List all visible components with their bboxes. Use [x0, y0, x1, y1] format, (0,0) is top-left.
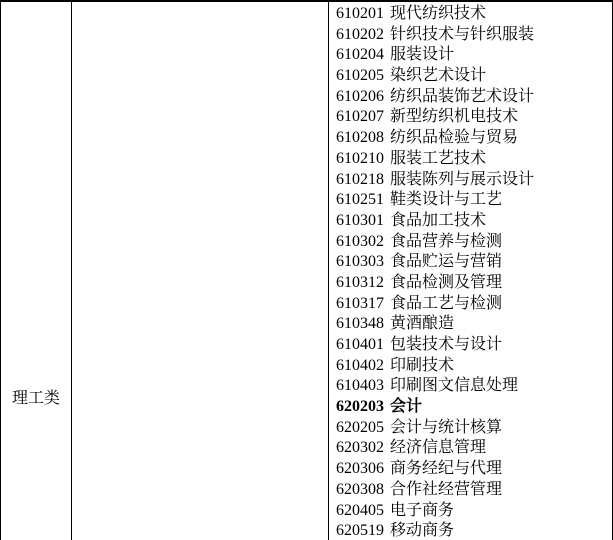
- program-row: 610201现代纺织技术: [336, 4, 612, 25]
- program-row: 610317食品工艺与检测: [336, 294, 612, 315]
- program-row: 610204服装设计: [336, 45, 612, 66]
- program-name: 服装工艺技术: [390, 150, 486, 167]
- program-name: 纺织品装饰艺术设计: [390, 88, 534, 105]
- program-name: 针织技术与针织服装: [390, 26, 534, 43]
- program-table: 理工类 610201现代纺织技术610202针织技术与针织服装610204服装设…: [0, 0, 613, 540]
- program-code: 620308: [336, 481, 384, 498]
- program-code: 610210: [336, 150, 384, 167]
- program-row: 620203会计: [336, 397, 612, 418]
- program-name: 食品工艺与检测: [390, 295, 502, 312]
- program-code: 620203: [336, 398, 384, 415]
- program-code: 610303: [336, 253, 384, 270]
- document-page: 理工类 610201现代纺织技术610202针织技术与针织服装610204服装设…: [0, 0, 613, 540]
- program-row: 610208纺织品检验与贸易: [336, 128, 612, 149]
- program-name: 染织艺术设计: [390, 67, 486, 84]
- program-name: 服装设计: [390, 46, 454, 63]
- program-name: 黄酒酿造: [390, 315, 454, 332]
- program-code: 610317: [336, 295, 384, 312]
- program-row: 610218服装陈列与展示设计: [336, 170, 612, 191]
- program-name: 食品贮运与营销: [390, 253, 502, 270]
- program-code: 610301: [336, 212, 384, 229]
- program-code: 610201: [336, 5, 384, 22]
- program-code: 610205: [336, 67, 384, 84]
- program-name: 商务经纪与代理: [390, 460, 502, 477]
- program-row: 610202针织技术与针织服装: [336, 25, 612, 46]
- program-row: 610207新型纺织机电技术: [336, 107, 612, 128]
- program-code: 620302: [336, 439, 384, 456]
- program-name: 印刷图文信息处理: [390, 377, 518, 394]
- program-row: 610348黄酒酿造: [336, 314, 612, 335]
- program-row: 620405电子商务: [336, 501, 612, 522]
- program-code: 610218: [336, 171, 384, 188]
- empty-column: [72, 2, 329, 540]
- program-code: 610208: [336, 129, 384, 146]
- program-row: 620302经济信息管理: [336, 438, 612, 459]
- program-row: 610302食品营养与检测: [336, 232, 612, 253]
- program-name: 包装技术与设计: [390, 336, 502, 353]
- program-row: 610251鞋类设计与工艺: [336, 190, 612, 211]
- program-row: 610403印刷图文信息处理: [336, 376, 612, 397]
- program-name: 服装陈列与展示设计: [390, 171, 534, 188]
- program-code: 620405: [336, 502, 384, 519]
- program-name: 食品营养与检测: [390, 233, 502, 250]
- program-name: 电子商务: [390, 502, 454, 519]
- program-code: 620205: [336, 419, 384, 436]
- program-row: 610301食品加工技术: [336, 211, 612, 232]
- program-name: 现代纺织技术: [390, 5, 486, 22]
- program-name: 纺织品检验与贸易: [390, 129, 518, 146]
- program-name: 食品加工技术: [390, 212, 486, 229]
- program-name: 食品检测及管理: [390, 274, 502, 291]
- program-code: 610401: [336, 336, 384, 353]
- program-code: 610302: [336, 233, 384, 250]
- program-code: 610207: [336, 108, 384, 125]
- program-name: 新型纺织机电技术: [390, 108, 518, 125]
- program-row: 620306商务经纪与代理: [336, 459, 612, 480]
- program-name: 鞋类设计与工艺: [390, 191, 502, 208]
- program-name: 会计: [390, 398, 422, 415]
- program-name: 移动商务: [390, 522, 454, 539]
- program-row: 610401包装技术与设计: [336, 335, 612, 356]
- program-code: 620519: [336, 522, 384, 539]
- program-list-column: 610201现代纺织技术610202针织技术与针织服装610204服装设计610…: [329, 2, 613, 540]
- program-row: 620519移动商务: [336, 521, 612, 540]
- program-row: 620205会计与统计核算: [336, 418, 612, 439]
- program-code: 610312: [336, 274, 384, 291]
- program-code: 610403: [336, 377, 384, 394]
- program-row: 610402印刷技术: [336, 356, 612, 377]
- program-name: 经济信息管理: [390, 439, 486, 456]
- program-code: 610206: [336, 88, 384, 105]
- program-code: 610348: [336, 315, 384, 332]
- program-name: 合作社经营管理: [390, 481, 502, 498]
- category-column: 理工类: [0, 2, 72, 540]
- program-row: 610312食品检测及管理: [336, 273, 612, 294]
- program-code: 610402: [336, 357, 384, 374]
- category-label: 理工类: [1, 389, 71, 409]
- program-name: 印刷技术: [390, 357, 454, 374]
- program-code: 610204: [336, 46, 384, 63]
- program-code: 620306: [336, 460, 384, 477]
- program-row: 610205染织艺术设计: [336, 66, 612, 87]
- program-row: 610206纺织品装饰艺术设计: [336, 87, 612, 108]
- program-code: 610251: [336, 191, 384, 208]
- program-row: 610210服装工艺技术: [336, 149, 612, 170]
- program-row: 610303食品贮运与营销: [336, 252, 612, 273]
- program-row: 620308合作社经营管理: [336, 480, 612, 501]
- program-name: 会计与统计核算: [390, 419, 502, 436]
- program-code: 610202: [336, 26, 384, 43]
